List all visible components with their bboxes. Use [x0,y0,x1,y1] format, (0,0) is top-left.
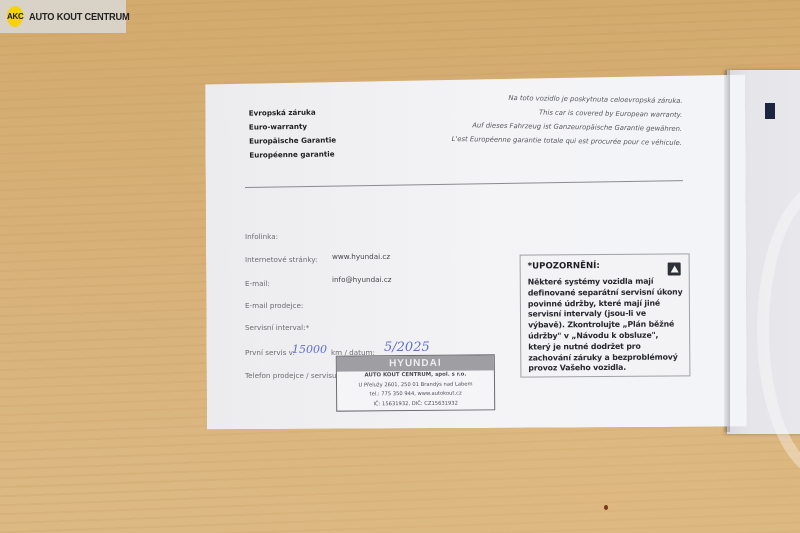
warranty-title: Euro-warranty [249,119,336,134]
dealer-phone-label: Telefon prodejce / servisu: [245,371,339,380]
first-service-label: První servis v: [245,348,295,357]
right-page-arc-graphic [757,180,800,480]
first-service-km-handwritten: 15000 [292,343,327,356]
dealer-name: AUTO KOUT CENTRUM [29,11,130,23]
email-value: info@hyundai.cz [332,275,392,284]
warranty-statements: Na toto vozidlo je poskytnuta celoevrops… [451,90,682,150]
warranty-title: Europäische Garantie [249,133,336,148]
dealer-stamp: HYUNDAI AUTO KOUT CENTRUM, spol. s r.o. … [336,354,495,411]
warranty-title: Evropská záruka [249,105,336,120]
notice-body: Některé systémy vozidla mají definované … [528,276,684,374]
web-label: Internetové stránky: [245,255,317,264]
warranty-titles: Evropská záruka Euro-warranty Europäisch… [249,105,337,162]
right-page-mark [765,103,775,119]
warning-triangle-icon [668,262,681,275]
service-interval-label: Servisní interval:* [245,323,309,332]
stamp-ids: IČ: 15631932, DIČ: CZ15631932 [337,399,494,410]
infolinka-label: Infolinka: [245,232,278,241]
first-service-date-handwritten: 5/2025 [384,340,430,355]
web-value: www.hyundai.cz [332,252,390,261]
dealer-watermark-logo: AKC AUTO KOUT CENTRUM [0,0,126,33]
stamp-brand: HYUNDAI [337,355,494,371]
warranty-title: Européenne garantie [249,147,336,162]
akc-badge: AKC [7,6,23,27]
notice-title: *UPOZORNĚNÍ: [528,260,683,271]
email-label: E-mail: [245,279,270,288]
wood-knot [604,505,608,510]
dealer-email-label: E-mail prodejce: [245,301,303,310]
service-notice-box: *UPOZORNĚNÍ: Některé systémy vozidla maj… [520,253,691,377]
booklet-gutter [724,70,730,432]
